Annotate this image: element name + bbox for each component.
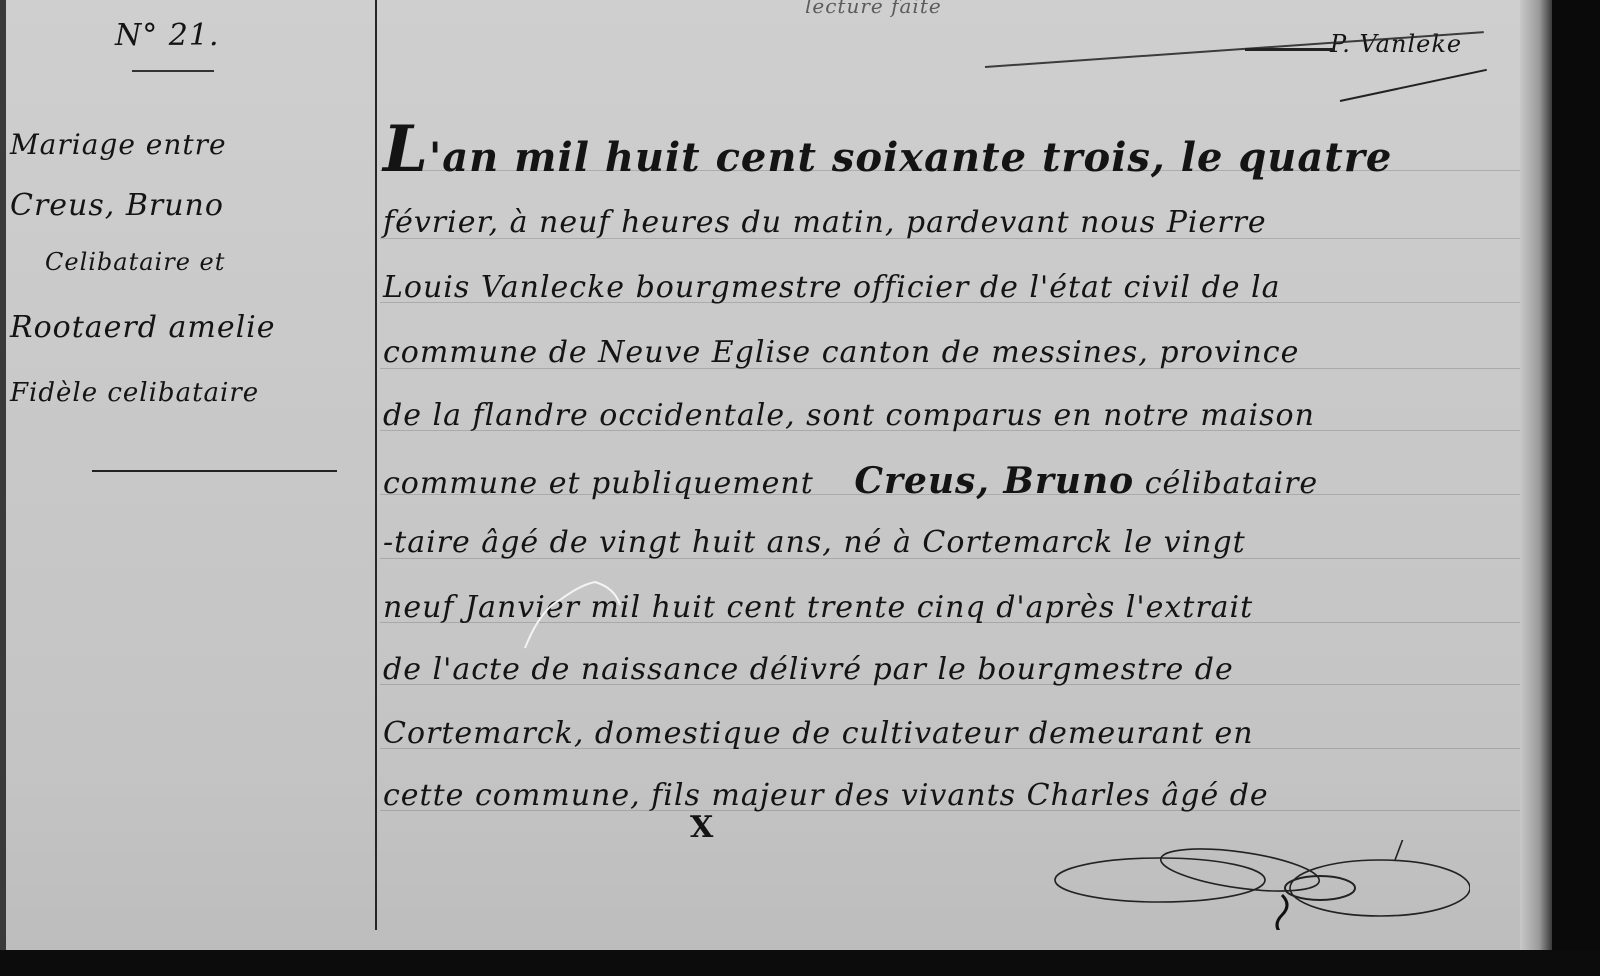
- body-line-4: commune de Neuve Eglise canton de messin…: [383, 335, 1299, 370]
- bottom-signature-flourish-icon: [1050, 840, 1470, 930]
- margin-note-line-4: Rootaerd amelie: [10, 310, 276, 345]
- scan-bottom-edge: [0, 950, 1600, 976]
- signature-flourish-curve: [1340, 69, 1487, 102]
- margin-note-line-3: Celibataire et: [45, 248, 225, 276]
- margin-note-line-1: Mariage entre: [10, 128, 227, 161]
- body-line-11: cette commune, fils majeur des vivants C…: [383, 778, 1269, 813]
- groom-name: Creus, Bruno: [854, 460, 1134, 502]
- body-line-10: Cortemarck, domestique de cultivateur de…: [383, 716, 1254, 751]
- witness-mark-x: X: [690, 810, 714, 845]
- margin-rule-line: [375, 0, 377, 930]
- entry-number: N° 21.: [115, 18, 220, 53]
- page-right-edge: [1520, 0, 1552, 950]
- document-page: N° 21. Mariage entre Creus, Bruno Celiba…: [0, 0, 1552, 950]
- body-line-6-b: célibataire: [1145, 466, 1318, 501]
- body-line-8: neuf Janvier mil huit cent trente cinq d…: [383, 590, 1253, 625]
- body-line-9: de l'acte de naissance délivré par le bo…: [383, 652, 1234, 687]
- margin-note-line-5: Fidèle celibataire: [10, 378, 259, 408]
- page-left-edge: [0, 0, 6, 950]
- body-line-2: février, à neuf heures du matin, pardeva…: [383, 205, 1267, 240]
- margin-end-rule: [92, 470, 337, 472]
- body-line-6: commune et publiquement Creus, Bruno cél…: [383, 460, 1318, 502]
- body-line-1: L'an mil huit cent soixante trois, le qu…: [383, 112, 1392, 187]
- body-line-1-text: 'an mil huit cent soixante trois, le qua…: [429, 134, 1392, 181]
- body-line-3: Louis Vanlecke bourgmestre officier de l…: [383, 270, 1281, 305]
- scan-scratch: [520, 580, 640, 650]
- top-faint-text: lecture faite: [805, 0, 942, 18]
- drop-cap: L: [383, 112, 429, 187]
- body-line-7: -taire âgé de vingt huit ans, né à Corte…: [383, 525, 1246, 560]
- body-line-5: de la flandre occidentale, sont comparus…: [383, 398, 1315, 433]
- margin-note-line-2: Creus, Bruno: [10, 188, 224, 223]
- entry-number-underline: [132, 70, 214, 72]
- body-line-6-a: commune et publiquement: [383, 466, 814, 501]
- signature-flourish-dash: [1245, 48, 1335, 51]
